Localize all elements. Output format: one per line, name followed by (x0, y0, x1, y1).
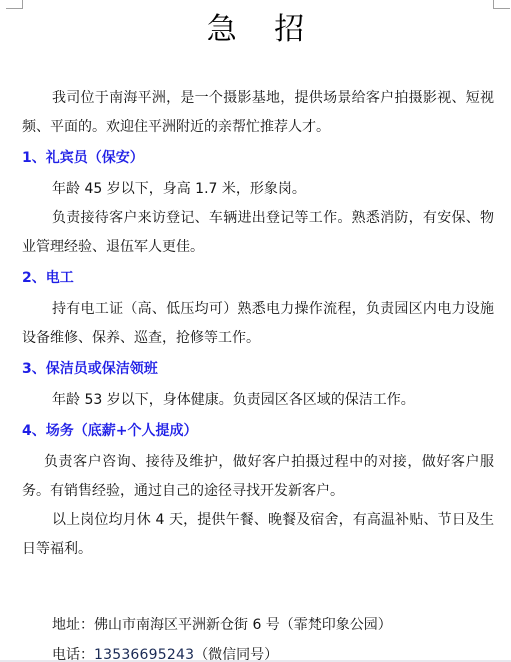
section-heading: 2、电工 (22, 264, 494, 293)
section-paragraph: 年龄 53 岁以下，身体健康。负责园区各区域的保洁工作。 (22, 386, 494, 415)
section-paragraph: 负责接待客户来访登记、车辆进出登记等工作。熟悉消防，有安保、物业管理经验、退伍军… (22, 204, 494, 262)
section-paragraph: 负责客户咨询、接待及维护，做好客户拍摄过程中的对接，做好客户服务。有销售经验，通… (22, 448, 494, 506)
section-heading: 1、礼宾员（保安） (22, 144, 494, 173)
section-paragraph: 年龄 45 岁以下，身高 1.7 米，形象岗。 (22, 175, 494, 204)
job-section-security: 1、礼宾员（保安） 年龄 45 岁以下，身高 1.7 米，形象岗。 负责接待客户… (22, 144, 494, 262)
job-section-field-affairs: 4、场务（底薪+个人提成） 负责客户咨询、接待及维护，做好客户拍摄过程中的对接，… (22, 417, 494, 506)
page-title: 急 招 (0, 12, 511, 48)
benefits-paragraph: 以上岗位均月休 4 天，提供午餐、晚餐及宿舍，有高温补贴、节日及生日等福利。 (22, 506, 494, 564)
phone-line: 电话：13536695243（微信同号） (22, 640, 494, 662)
address-label: 地址： (52, 617, 94, 633)
page-corner-mark-top-left (6, 0, 23, 9)
contact-block: 地址：佛山市南海区平洲新仓街 6 号（霏梵印象公园） 电话：1353669524… (22, 610, 494, 662)
page-corner-mark-top-right (493, 0, 510, 9)
job-section-electrician: 2、电工 持有电工证（高、低压均可）熟悉电力操作流程，负责园区内电力设施设备维修… (22, 264, 494, 353)
section-heading: 4、场务（底薪+个人提成） (22, 417, 494, 446)
job-section-cleaner: 3、保洁员或保洁领班 年龄 53 岁以下，身体健康。负责园区各区域的保洁工作。 (22, 355, 494, 415)
section-paragraph: 持有电工证（高、低压均可）熟悉电力操作流程，负责园区内电力设施设备维修、保养、巡… (22, 295, 494, 353)
section-heading: 3、保洁员或保洁领班 (22, 355, 494, 384)
intro-paragraph: 我司位于南海平洲，是一个摄影基地，提供场景给客户拍摄影视、短视频、平面的。欢迎住… (22, 84, 494, 142)
address-line: 地址：佛山市南海区平洲新仓街 6 号（霏梵印象公园） (22, 610, 494, 640)
address-value: 佛山市南海区平洲新仓街 6 号（霏梵印象公园） (94, 617, 392, 633)
document-body: 我司位于南海平洲，是一个摄影基地，提供场景给客户拍摄影视、短视频、平面的。欢迎住… (22, 84, 494, 662)
